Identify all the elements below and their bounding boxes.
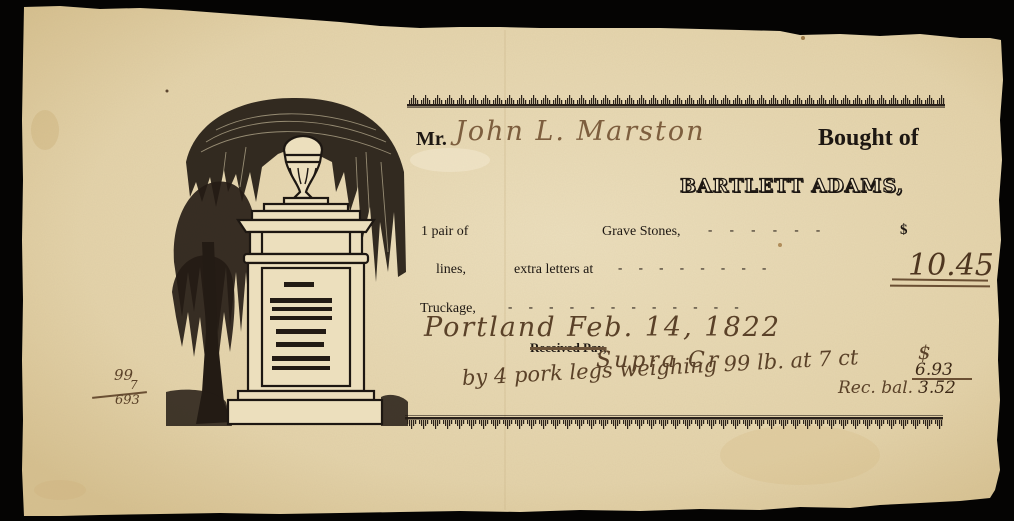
quantity-label: 1 pair of xyxy=(421,224,468,240)
bought-of-label: Bought of xyxy=(818,125,919,152)
customer-name: John L. Marston xyxy=(455,116,706,147)
balance-amount: 3.52 xyxy=(918,378,956,398)
mr-label: Mr. xyxy=(416,128,447,151)
firm-name: BARTLETT ADAMS, xyxy=(680,175,904,197)
credit-amount: 6.93 xyxy=(915,360,953,380)
top-ornamental-border xyxy=(407,93,945,109)
margin-calc-multiplier: 7 xyxy=(130,378,138,392)
place-and-date: Portland Feb. 14, 1822 xyxy=(424,312,781,343)
lines-label: lines, xyxy=(436,262,466,278)
margin-calc-result: 693 xyxy=(115,393,140,408)
paper-sheet xyxy=(0,0,1014,521)
currency-sign: $ xyxy=(900,222,908,239)
willow-urn-monument-icon xyxy=(166,92,408,430)
extra-letters-label: extra letters at xyxy=(514,262,593,278)
item-label: Grave Stones, xyxy=(602,224,681,240)
leader-dots-line2: - - - - - - - - xyxy=(618,260,766,276)
balance-label: Rec. bal. xyxy=(838,378,913,398)
leader-dots-line1: - - - - - - xyxy=(708,222,820,238)
bottom-ornamental-border xyxy=(405,414,943,432)
